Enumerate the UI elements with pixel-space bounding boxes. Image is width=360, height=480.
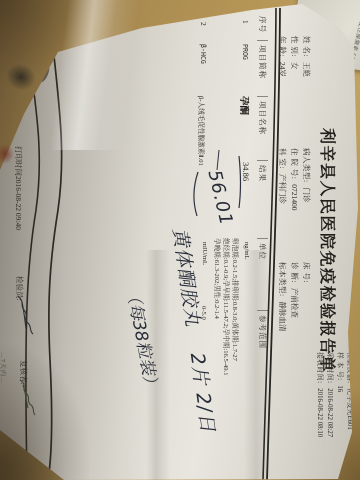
pen-tick	[217, 150, 219, 170]
footer-separator-rule	[26, 62, 39, 480]
red-mark	[0, 144, 14, 164]
lab-report-document: 利辛县人民医院免疫检验报告单 检验仪器: 化学发光E601 样 本 号: 16 …	[0, 0, 360, 480]
photo-of-lab-report: β-人绒毛促性腺激素 61.3-202 床号 诊断 利辛县人民医院免疫检验报告单…	[0, 0, 360, 480]
pen-underline-hcg-result	[194, 172, 198, 216]
report-paper: 利辛县人民医院免疫检验报告单 检验仪器: 化学发光E601 样 本 号: 16 …	[0, 0, 360, 480]
pen-underline-prog-result	[239, 156, 241, 208]
reviewer-signature-scribble	[20, 380, 35, 415]
rules-and-signatures	[0, 0, 360, 480]
header-double-rule-top	[267, 8, 280, 480]
tester-signature-scribble	[18, 296, 33, 334]
table-bottom-rule	[48, 56, 62, 480]
